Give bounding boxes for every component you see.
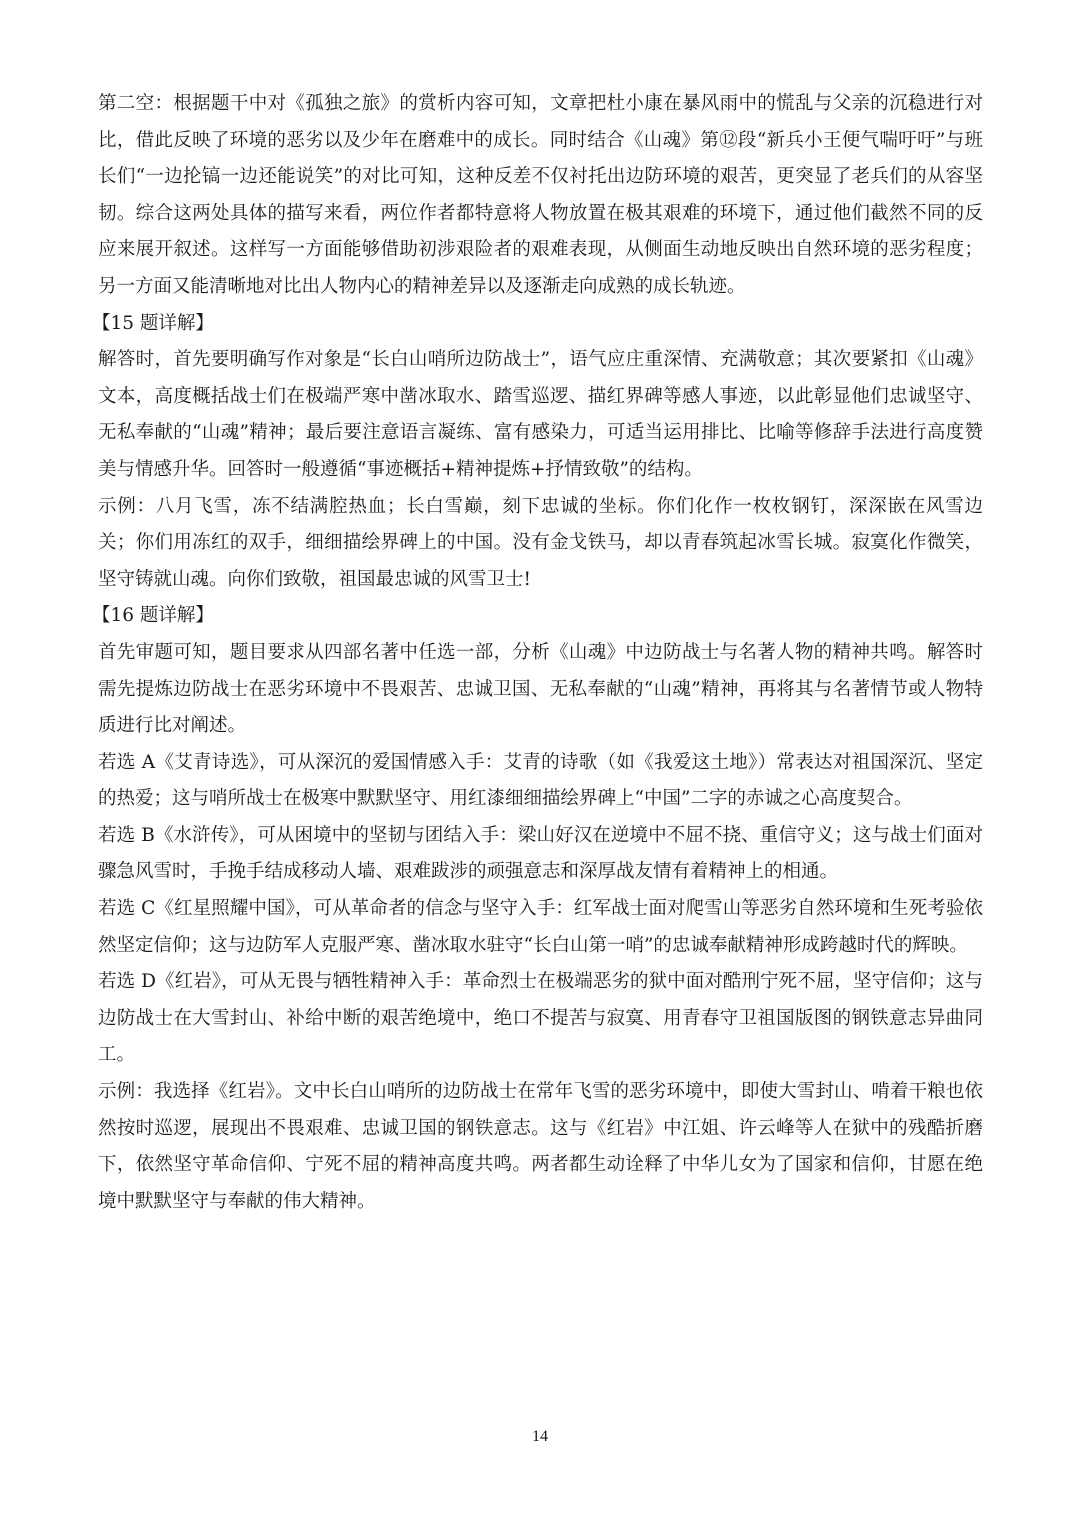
section-15-explanation: 解答时，首先要明确写作对象是“长白山哨所边防战士”，语气应庄重深情、充满敬意；其… bbox=[98, 342, 983, 488]
section-heading-15: 【15 题详解】 bbox=[92, 306, 983, 343]
section-16-option-c: 若选 C《红星照耀中国》，可从革命者的信念与坚守入手：红军战士面对爬雪山等恶劣自… bbox=[98, 891, 983, 964]
section-16-intro: 首先审题可知，题目要求从四部名著中任选一部，分析《山魂》中边防战士与名著人物的精… bbox=[98, 635, 983, 745]
document-page: 第二空：根据题干中对《孤独之旅》的赏析内容可知，文章把杜小康在暴风雨中的慌乱与父… bbox=[0, 0, 1080, 1528]
section-16-option-d: 若选 D《红岩》，可从无畏与牺牲精神入手：革命烈士在极端恶劣的狱中面对酷刑宁死不… bbox=[98, 964, 983, 1074]
section-16-example: 示例：我选择《红岩》。文中长白山哨所的边防战士在常年飞雪的恶劣环境中，即使大雪封… bbox=[98, 1074, 983, 1220]
section-16-option-b: 若选 B《水浒传》，可从困境中的坚韧与团结入手：梁山好汉在逆境中不屈不挠、重信守… bbox=[98, 818, 983, 891]
section-heading-16: 【16 题详解】 bbox=[92, 598, 983, 635]
document-body: 第二空：根据题干中对《孤独之旅》的赏析内容可知，文章把杜小康在暴风雨中的慌乱与父… bbox=[98, 86, 983, 1220]
section-16-option-a: 若选 A《艾青诗选》，可从深沉的爱国情感入手：艾青的诗歌（如《我爱这土地》）常表… bbox=[98, 745, 983, 818]
paragraph-14-second-blank: 第二空：根据题干中对《孤独之旅》的赏析内容可知，文章把杜小康在暴风雨中的慌乱与父… bbox=[98, 86, 983, 306]
section-15-example: 示例：八月飞雪，冻不结满腔热血；长白雪巅，刻下忠诚的坐标。你们化作一枚枚钢钉，深… bbox=[98, 489, 983, 599]
page-number: 14 bbox=[0, 1428, 1080, 1446]
